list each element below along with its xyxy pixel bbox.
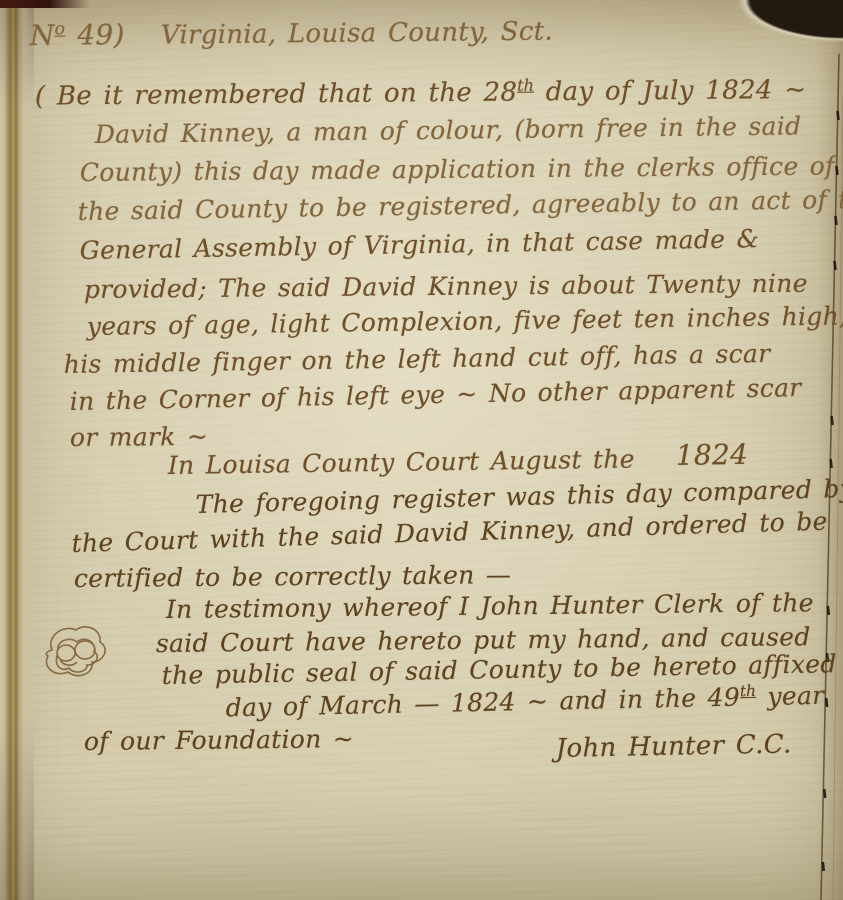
register-opening-line: ( Be it remembered that on the 28th day … xyxy=(35,75,807,109)
court-body-line: the Court with the said David Kinney, an… xyxy=(71,509,828,556)
register-body-line: his middle finger on the left hand cut o… xyxy=(64,341,771,377)
court-session-line: In Louisa County Court August the 1824 xyxy=(168,445,768,478)
manuscript-text: No 49)Virginia, Louisa County, Sct. ( Be… xyxy=(0,0,843,900)
register-body-line: David Kinney, a man of colour, (born fre… xyxy=(95,113,802,147)
court-body-line: certified to be correctly taken — xyxy=(74,562,511,591)
court-session-text: In Louisa County Court August the xyxy=(168,444,635,480)
register-body-line: or mark ~ xyxy=(70,424,208,450)
header-line: No 49)Virginia, Louisa County, Sct. xyxy=(30,17,553,51)
clerk-signature: John Hunter C.C. xyxy=(556,731,792,762)
testimony-date-line: day of March — 1824 ~ and in the 49th ye… xyxy=(225,682,824,720)
register-body-line: years of age, light Complexion, five fee… xyxy=(87,303,843,339)
testimony-line: In testimony whereof I John Hunter Clerk… xyxy=(166,590,814,622)
entry-number: No 49) xyxy=(30,18,125,52)
register-body-line: the said County to be registered, agreea… xyxy=(78,186,843,224)
register-body-line: County) this day made application in the… xyxy=(80,153,835,185)
register-body-line: provided; The said David Kinney is about… xyxy=(84,271,808,302)
closing-line: of our Foundation ~ xyxy=(84,726,354,754)
register-body-line: General Assembly of Virginia, in that ca… xyxy=(80,226,760,263)
session-year: 1824 xyxy=(676,441,749,470)
document-photo: No 49)Virginia, Louisa County, Sct. ( Be… xyxy=(0,0,843,900)
jurisdiction-heading: Virginia, Louisa County, Sct. xyxy=(161,17,554,51)
register-body-line: in the Corner of his left eye ~ No other… xyxy=(70,375,802,414)
